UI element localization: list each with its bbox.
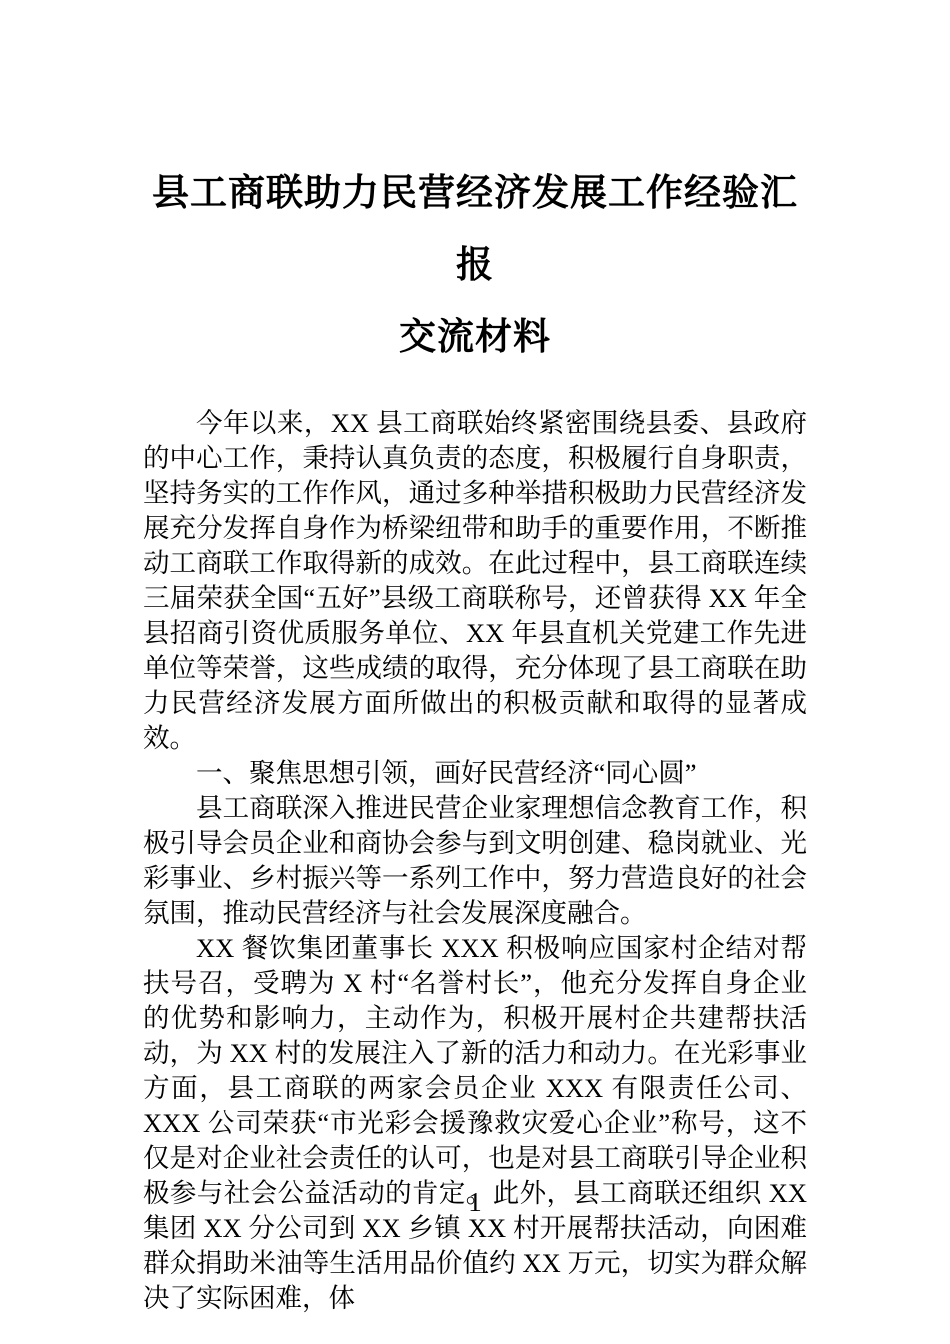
doc-title-line-2: 交流材料 (143, 301, 807, 373)
section-heading-1: 一、聚焦思想引领，画好民营经济“同心圆” (143, 756, 807, 791)
page-number: 1 (0, 1186, 950, 1218)
doc-title-line-1: 县工商联助力民营经济发展工作经验汇报 (143, 157, 807, 301)
doc-body: 今年以来，XX 县工商联始终紧密围绕县委、县政府的中心工作，秉持认真负责的态度，… (143, 406, 807, 1316)
paragraph-intro: 今年以来，XX 县工商联始终紧密围绕县委、县政府的中心工作，秉持认真负责的态度，… (143, 406, 807, 756)
doc-title: 县工商联助力民营经济发展工作经验汇报 交流材料 (143, 157, 807, 373)
paragraph-section1-a: 县工商联深入推进民营企业家理想信念教育工作，积极引导会员企业和商协会参与到文明创… (143, 791, 807, 931)
document-page: 县工商联助力民营经济发展工作经验汇报 交流材料 今年以来，XX 县工商联始终紧密… (0, 0, 950, 1344)
paragraph-section1-b: XX 餐饮集团董事长 XXX 积极响应国家村企结对帮扶号召，受聘为 X 村“名誉… (143, 931, 807, 1316)
